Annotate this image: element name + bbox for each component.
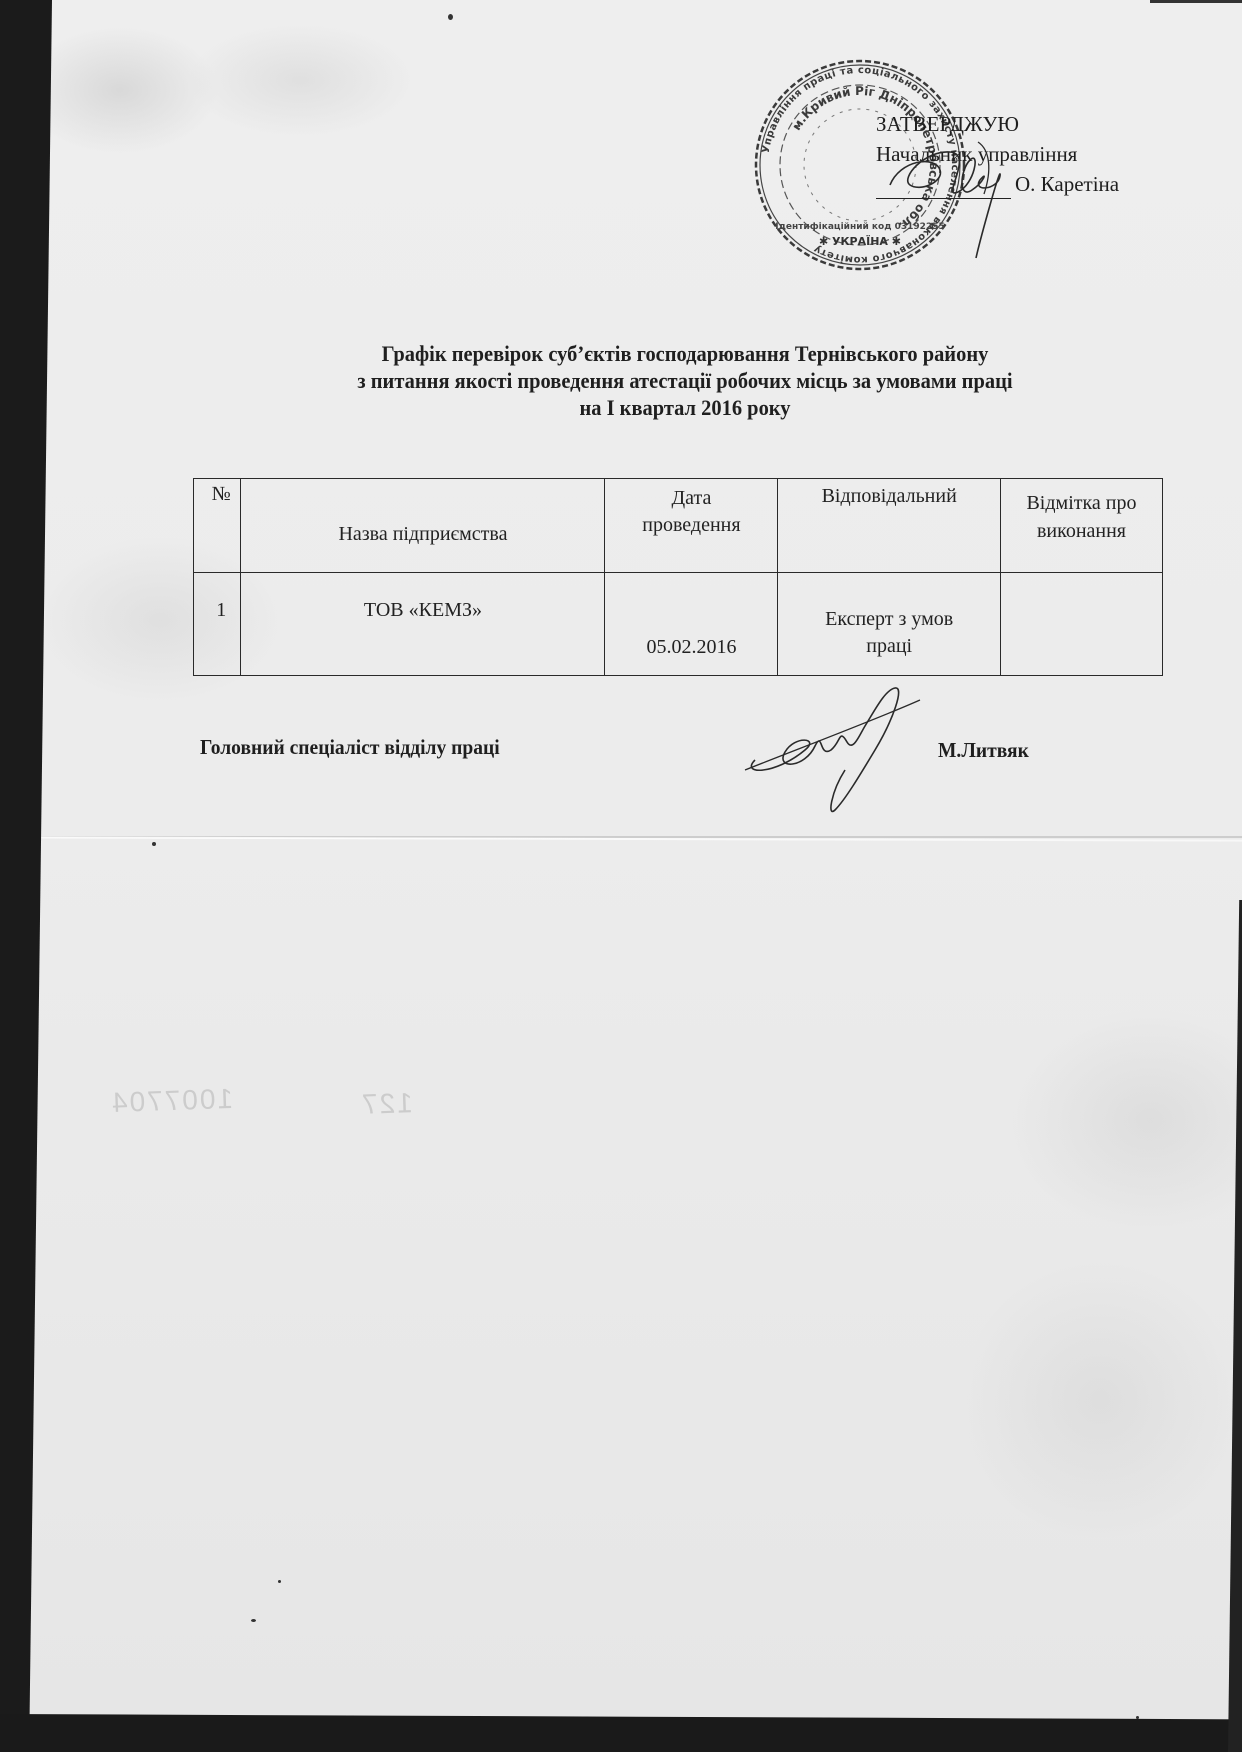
row-date: 05.02.2016	[605, 573, 778, 676]
title-line-1: Графік перевірок суб’єктів господарюванн…	[280, 340, 1089, 367]
speck	[251, 1619, 256, 1622]
table-row: 1 ТОВ «КЕМЗ» 05.02.2016 Експерт з умов п…	[194, 573, 1163, 676]
title-line-3: на І квартал 2016 року	[280, 394, 1089, 421]
table-header-row: № Назва підприємства Дата проведення Від…	[194, 479, 1163, 573]
scanned-paper	[0, 0, 1242, 1752]
scan-border-top	[1150, 0, 1242, 3]
header-company-name: Назва підприємства	[241, 479, 605, 573]
header-completion-mark: Відмітка про виконання	[1000, 479, 1162, 573]
row-responsible-line-1: Експерт з умов	[778, 606, 1000, 633]
row-responsible-line-2: праці	[778, 633, 1000, 660]
document-title: Графік перевірок суб’єктів господарюванн…	[280, 340, 1089, 421]
show-through-text: 127	[359, 1087, 413, 1121]
speck	[278, 1580, 281, 1583]
speck	[448, 14, 453, 20]
handwritten-signature-icon	[735, 680, 935, 820]
header-mark-line-2: виконання	[1001, 517, 1162, 545]
show-through-text: 1007704	[109, 1083, 233, 1119]
signatory-name: М.Литвяк	[938, 738, 1029, 763]
approval-name: О. Каретіна	[1015, 172, 1119, 196]
row-completion-mark	[1000, 573, 1162, 676]
row-company-name: ТОВ «КЕМЗ»	[241, 573, 605, 676]
scan-border-bottom	[0, 1714, 1242, 1752]
handwritten-signature-icon	[880, 130, 1020, 260]
inspection-schedule-table: № Назва підприємства Дата проведення Від…	[193, 478, 1163, 676]
header-mark-line-1: Відмітка про	[1001, 489, 1162, 517]
header-number: №	[194, 479, 241, 573]
header-date-line-2: проведення	[605, 512, 777, 539]
header-responsible: Відповідальний	[778, 479, 1001, 573]
signatory-role: Головний спеціаліст відділу праці	[200, 735, 500, 760]
header-date: Дата проведення	[605, 479, 778, 573]
speck	[1136, 1716, 1139, 1719]
row-number: 1	[194, 573, 241, 676]
speck	[152, 842, 156, 846]
title-line-2: з питання якості проведення атестації ро…	[280, 367, 1089, 394]
header-date-line-1: Дата	[605, 485, 777, 512]
row-responsible: Експерт з умов праці	[778, 573, 1001, 676]
